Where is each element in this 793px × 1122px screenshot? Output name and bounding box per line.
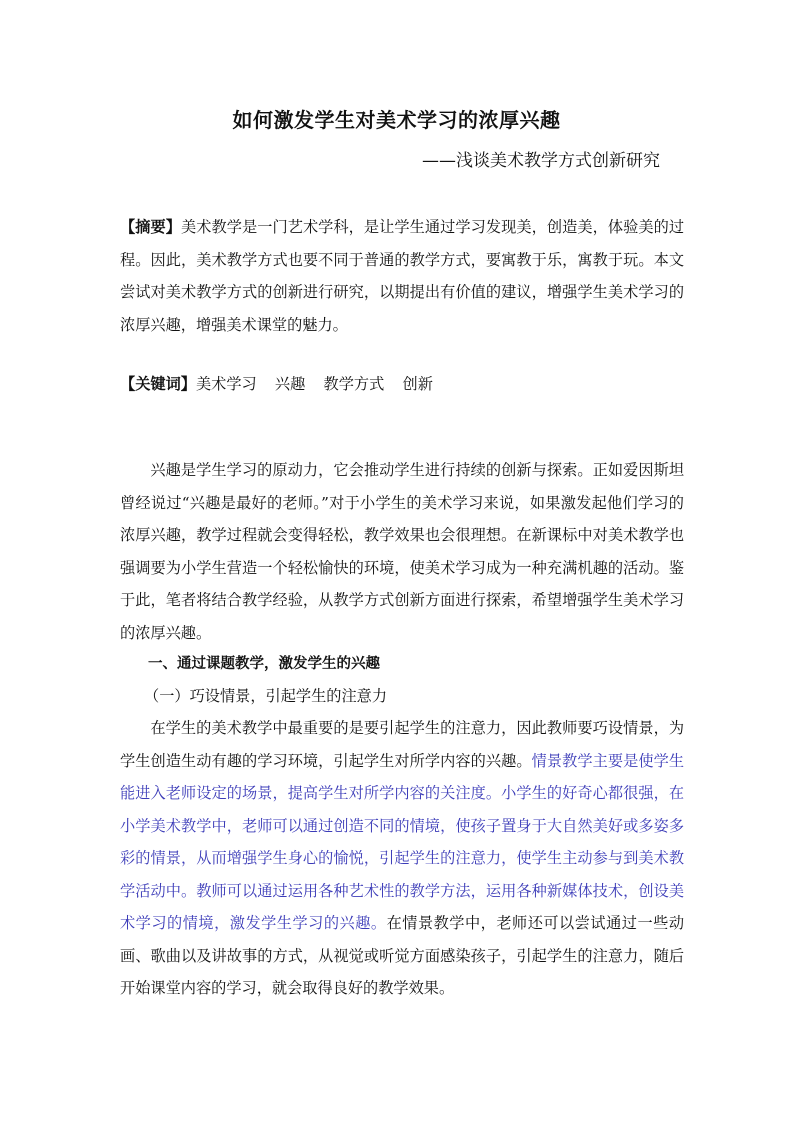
document-title: 如何激发学生对美术学习的浓厚兴趣	[0, 104, 793, 133]
section-heading: 一、通过课题教学，激发学生的兴趣	[148, 648, 712, 681]
keyword: 兴趣	[275, 375, 305, 393]
keyword: 美术学习	[196, 375, 257, 393]
abstract: 【摘要】美术教学是一门艺术学科，是让学生通过学习发现美，创造美，体验美的过程。因…	[120, 211, 684, 341]
abstract-label: 【摘要】	[120, 218, 181, 236]
keyword: 创新	[403, 375, 433, 393]
keywords: 【关键词】美术学习兴趣教学方式创新	[120, 368, 684, 401]
document-subtitle: ——浅谈美术教学方式创新研究	[422, 146, 660, 171]
subsection-heading: （一）巧设情景，引起学生的注意力	[144, 680, 708, 713]
highlighted-text: 情景教学主要是使学生能进入老师设定的场景，提高学生对所学内容的关注度。小学生的好…	[120, 752, 684, 933]
keyword: 教学方式	[324, 375, 385, 393]
keywords-label: 【关键词】	[120, 375, 196, 393]
abstract-text: 美术教学是一门艺术学科，是让学生通过学习发现美，创造美，体验美的过程。因此，美术…	[120, 218, 684, 334]
section-paragraph: 在学生的美术教学中最重要的是要引起学生的注意力，因此教师要巧设情景，为学生创造生…	[120, 712, 684, 1005]
intro-paragraph: 兴趣是学生学习的原动力，它会推动学生进行持续的创新与探索。正如爱因斯坦曾经说过“…	[120, 454, 684, 649]
